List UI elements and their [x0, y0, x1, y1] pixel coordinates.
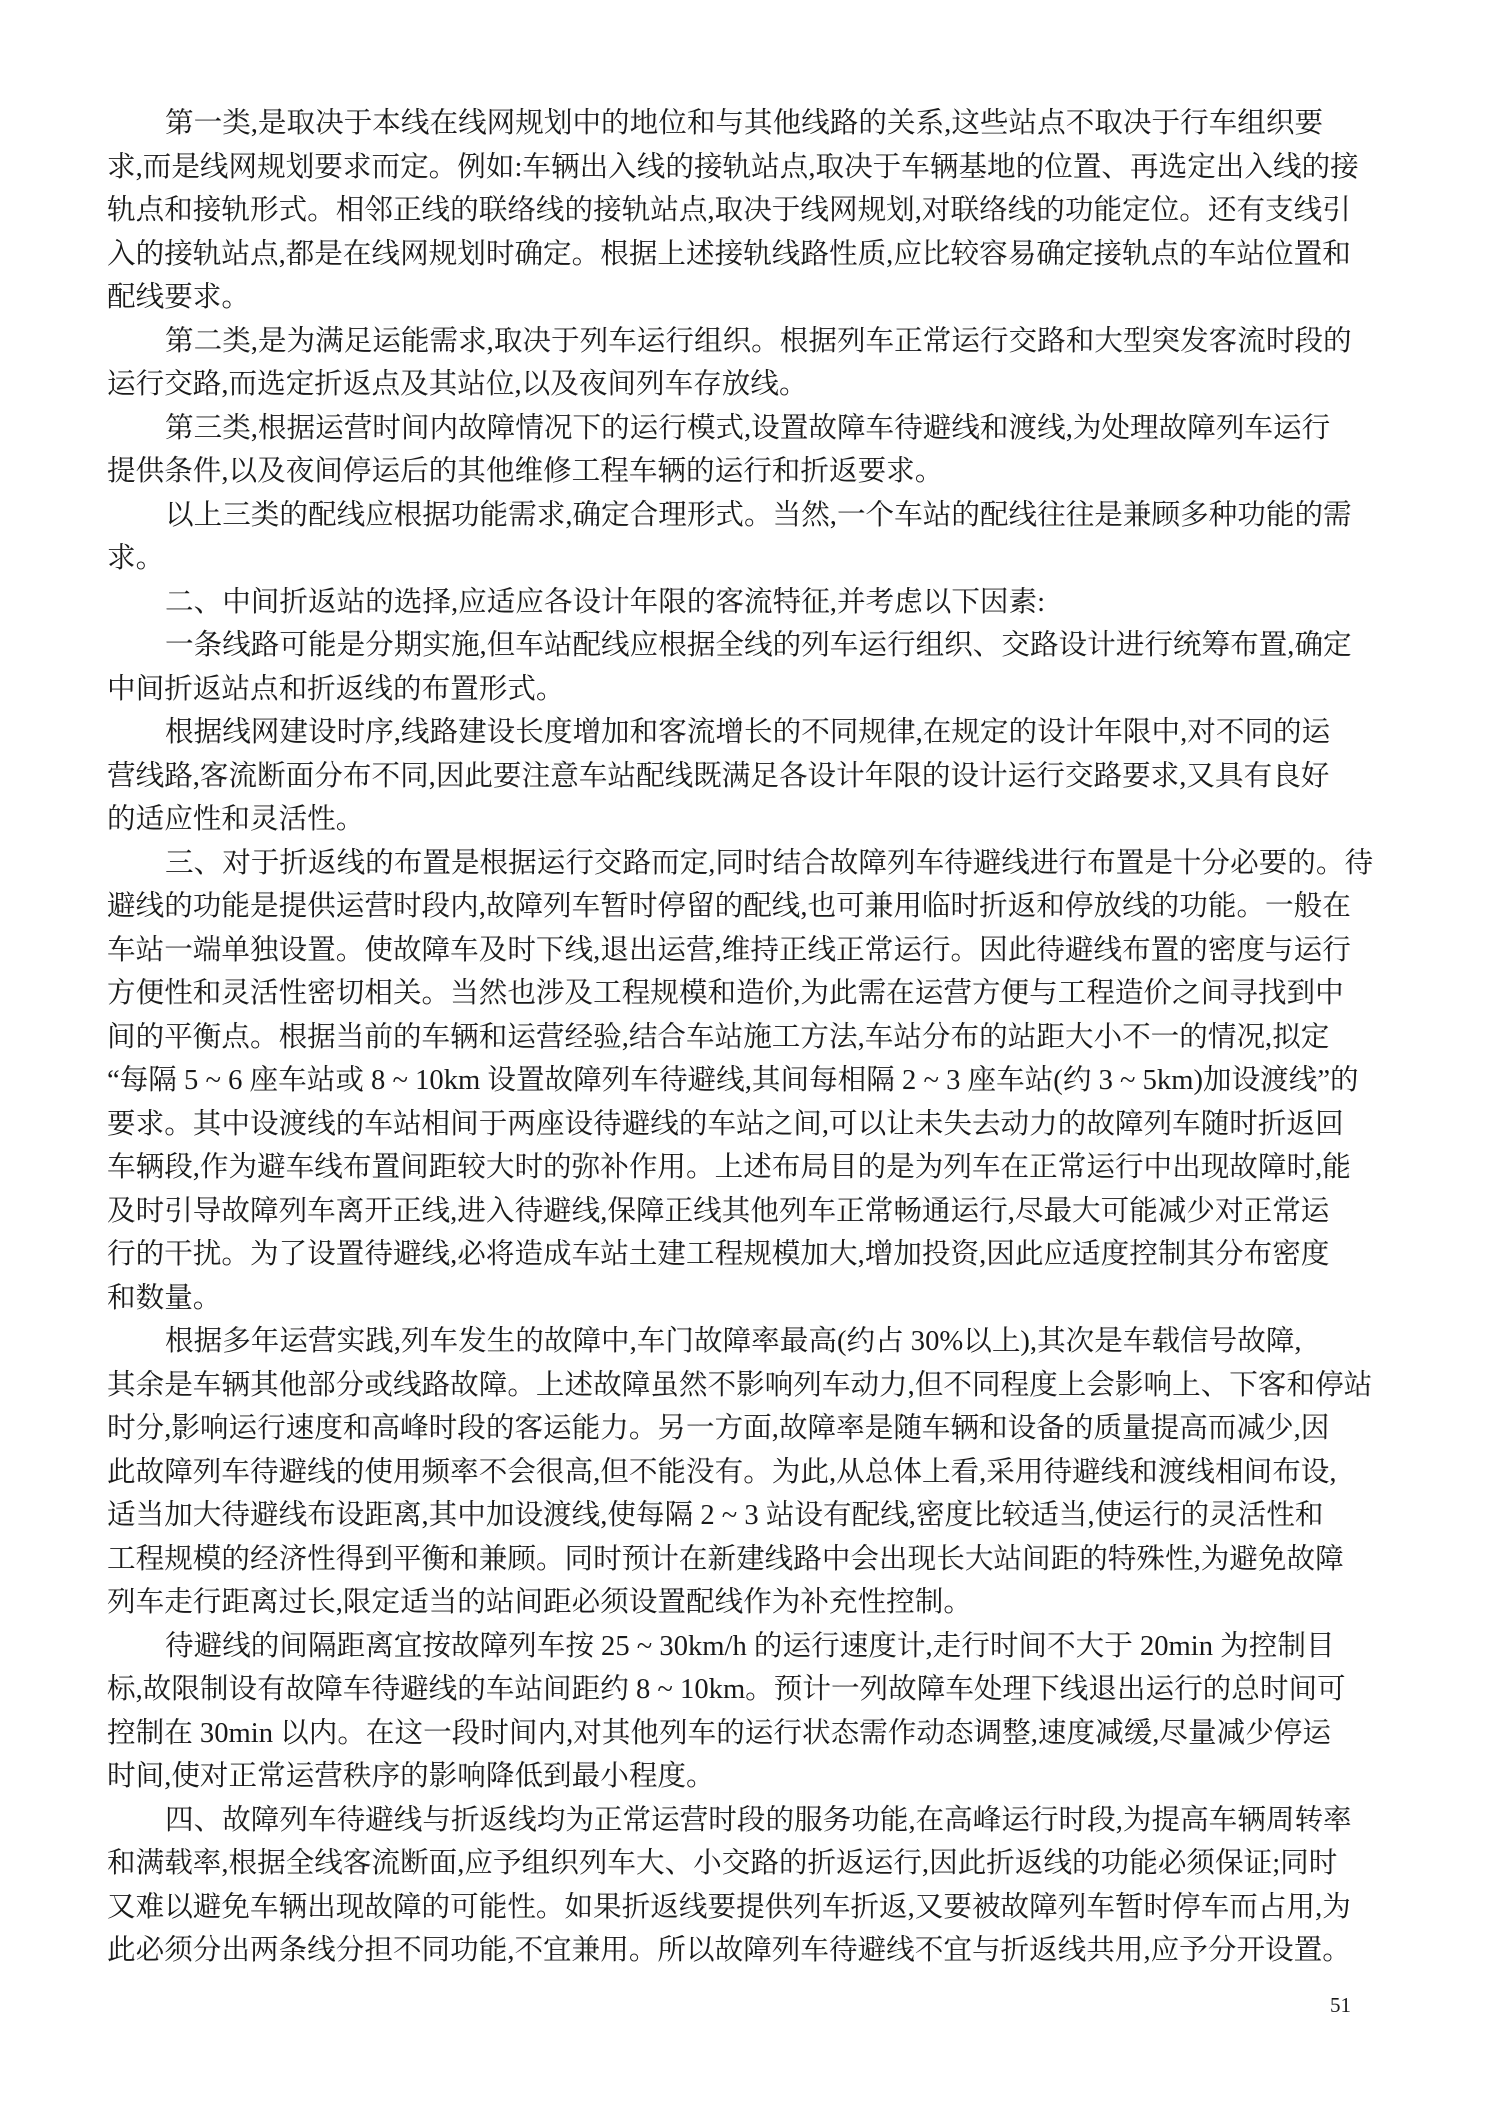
text-line: 工程规模的经济性得到平衡和兼顾。同时预计在新建线路中会出现长大站间距的特殊性,为…	[107, 1538, 1386, 1582]
text-line: 又难以避免车辆出现故障的可能性。如果折返线要提供列车折返,又要被故障列车暂时停车…	[107, 1886, 1386, 1930]
text-line: 四、故障列车待避线与折返线均为正常运营时段的服务功能,在高峰运行时段,为提高车辆…	[107, 1799, 1386, 1843]
text-line: 第三类,根据运营时间内故障情况下的运行模式,设置故障车待避线和渡线,为处理故障列…	[107, 407, 1386, 451]
text-line: 此故障列车待避线的使用频率不会很高,但不能没有。为此,从总体上看,采用待避线和渡…	[107, 1451, 1386, 1495]
text-line: 避线的功能是提供运营时段内,故障列车暂时停留的配线,也可兼用临时折返和停放线的功…	[107, 885, 1386, 929]
text-line: 根据线网建设时序,线路建设长度增加和客流增长的不同规律,在规定的设计年限中,对不…	[107, 711, 1386, 755]
text-line: 配线要求。	[107, 276, 1386, 320]
text-line: 行的干扰。为了设置待避线,必将造成车站土建工程规模加大,增加投资,因此应适度控制…	[107, 1233, 1386, 1277]
text-line: 运行交路,而选定折返点及其站位,以及夜间列车存放线。	[107, 363, 1386, 407]
text-line: 方便性和灵活性密切相关。当然也涉及工程规模和造价,为此需在运营方便与工程造价之间…	[107, 972, 1386, 1016]
text-line: 入的接轨站点,都是在线网规划时确定。根据上述接轨线路性质,应比较容易确定接轨点的…	[107, 233, 1386, 277]
text-line: 第一类,是取决于本线在线网规划中的地位和与其他线路的关系,这些站点不取决于行车组…	[107, 102, 1386, 146]
text-line: 控制在 30min 以内。在这一段时间内,对其他列车的运行状态需作动态调整,速度…	[107, 1712, 1386, 1756]
text-line: 此必须分出两条线分担不同功能,不宜兼用。所以故障列车待避线不宜与折返线共用,应予…	[107, 1929, 1386, 1973]
text-line: 车站一端单独设置。使故障车及时下线,退出运营,维持正线正常运行。因此待避线布置的…	[107, 929, 1386, 973]
page-number: 51	[1330, 1992, 1351, 2018]
text-line: 三、对于折返线的布置是根据运行交路而定,同时结合故障列车待避线进行布置是十分必要…	[107, 842, 1386, 886]
text-line: 求。	[107, 537, 1386, 581]
text-line: 第二类,是为满足运能需求,取决于列车运行组织。根据列车正常运行交路和大型突发客流…	[107, 320, 1386, 364]
text-line: 轨点和接轨形式。相邻正线的联络线的接轨站点,取决于线网规划,对联络线的功能定位。…	[107, 189, 1386, 233]
text-line: 一条线路可能是分期实施,但车站配线应根据全线的列车运行组织、交路设计进行统筹布置…	[107, 624, 1386, 668]
text-line: 提供条件,以及夜间停运后的其他维修工程车辆的运行和折返要求。	[107, 450, 1386, 494]
text-line: 时分,影响运行速度和高峰时段的客运能力。另一方面,故障率是随车辆和设备的质量提高…	[107, 1407, 1386, 1451]
text-line: 营线路,客流断面分布不同,因此要注意车站配线既满足各设计年限的设计运行交路要求,…	[107, 755, 1386, 799]
text-line: 中间折返站点和折返线的布置形式。	[107, 668, 1386, 712]
body-text: 第一类,是取决于本线在线网规划中的地位和与其他线路的关系,这些站点不取决于行车组…	[107, 102, 1386, 1973]
text-line: 要求。其中设渡线的车站相间于两座设待避线的车站之间,可以让未失去动力的故障列车随…	[107, 1103, 1386, 1147]
text-line: 以上三类的配线应根据功能需求,确定合理形式。当然,一个车站的配线往往是兼顾多种功…	[107, 494, 1386, 538]
text-line: 时间,使对正常运营秩序的影响降低到最小程度。	[107, 1755, 1386, 1799]
text-line: 求,而是线网规划要求而定。例如:车辆出入线的接轨站点,取决于车辆基地的位置、再选…	[107, 146, 1386, 190]
text-line: 待避线的间隔距离宜按故障列车按 25 ~ 30km/h 的运行速度计,走行时间不…	[107, 1625, 1386, 1669]
text-line: 和满载率,根据全线客流断面,应予组织列车大、小交路的折返运行,因此折返线的功能必…	[107, 1842, 1386, 1886]
text-line: 的适应性和灵活性。	[107, 798, 1386, 842]
text-line: 间的平衡点。根据当前的车辆和运营经验,结合车站施工方法,车站分布的站距大小不一的…	[107, 1016, 1386, 1060]
text-line: 二、中间折返站的选择,应适应各设计年限的客流特征,并考虑以下因素:	[107, 581, 1386, 625]
text-line: “每隔 5 ~ 6 座车站或 8 ~ 10km 设置故障列车待避线,其间每相隔 …	[107, 1059, 1386, 1103]
text-line: 标,故限制设有故障车待避线的车站间距约 8 ~ 10km。预计一列故障车处理下线…	[107, 1668, 1386, 1712]
text-line: 根据多年运营实践,列车发生的故障中,车门故障率最高(约占 30%以上),其次是车…	[107, 1320, 1386, 1364]
text-line: 其余是车辆其他部分或线路故障。上述故障虽然不影响列车动力,但不同程度上会影响上、…	[107, 1364, 1386, 1408]
text-line: 列车走行距离过长,限定适当的站间距必须设置配线作为补充性控制。	[107, 1581, 1386, 1625]
text-line: 和数量。	[107, 1277, 1386, 1321]
text-line: 适当加大待避线布设距离,其中加设渡线,使每隔 2 ~ 3 站设有配线,密度比较适…	[107, 1494, 1386, 1538]
document-page: 第一类,是取决于本线在线网规划中的地位和与其他线路的关系,这些站点不取决于行车组…	[0, 0, 1493, 2121]
text-line: 车辆段,作为避车线布置间距较大时的弥补作用。上述布局目的是为列车在正常运行中出现…	[107, 1146, 1386, 1190]
text-line: 及时引导故障列车离开正线,进入待避线,保障正线其他列车正常畅通运行,尽最大可能减…	[107, 1190, 1386, 1234]
